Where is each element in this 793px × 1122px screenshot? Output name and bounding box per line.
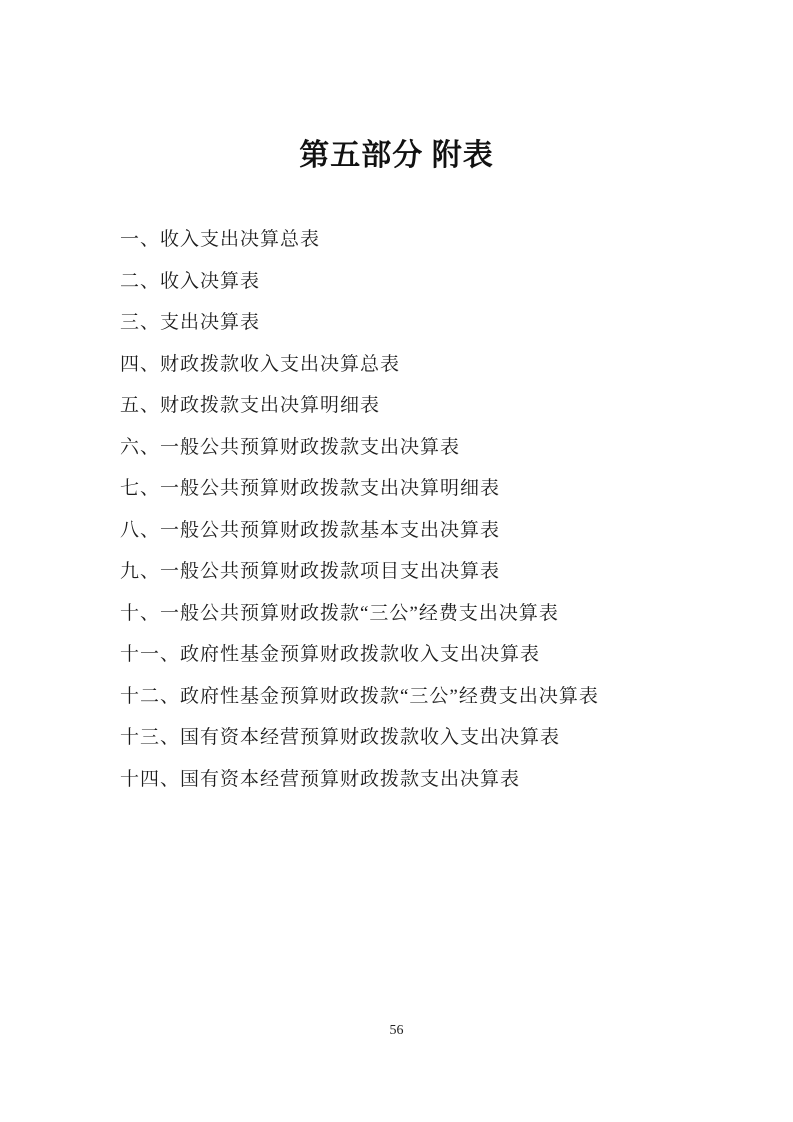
list-item: 九、一般公共预算财政拨款项目支出决算表 <box>120 551 713 593</box>
list-item: 六、一般公共预算财政拨款支出决算表 <box>120 427 713 469</box>
list-item: 七、一般公共预算财政拨款支出决算明细表 <box>120 468 713 510</box>
list-item: 十二、政府性基金预算财政拨款“三公”经费支出决算表 <box>120 676 713 718</box>
list-item: 十四、国有资本经营预算财政拨款支出决算表 <box>120 759 713 801</box>
list-item: 十一、政府性基金预算财政拨款收入支出决算表 <box>120 634 713 676</box>
list-item: 十三、国有资本经营预算财政拨款收入支出决算表 <box>120 717 713 759</box>
list-item: 四、财政拨款收入支出决算总表 <box>120 344 713 386</box>
list-item: 三、支出决算表 <box>120 302 713 344</box>
list-item: 五、财政拨款支出决算明细表 <box>120 385 713 427</box>
list-item: 二、收入决算表 <box>120 261 713 303</box>
page-number: 56 <box>0 1023 793 1039</box>
list-item: 八、一般公共预算财政拨款基本支出决算表 <box>120 510 713 552</box>
document-page: 第五部分 附表 一、收入支出决算总表 二、收入决算表 三、支出决算表 四、财政拨… <box>0 0 793 1122</box>
list-item: 一、收入支出决算总表 <box>120 219 713 261</box>
attached-tables-list: 一、收入支出决算总表 二、收入决算表 三、支出决算表 四、财政拨款收入支出决算总… <box>120 219 713 800</box>
page-title: 第五部分 附表 <box>0 136 793 176</box>
list-item: 十、一般公共预算财政拨款“三公”经费支出决算表 <box>120 593 713 635</box>
